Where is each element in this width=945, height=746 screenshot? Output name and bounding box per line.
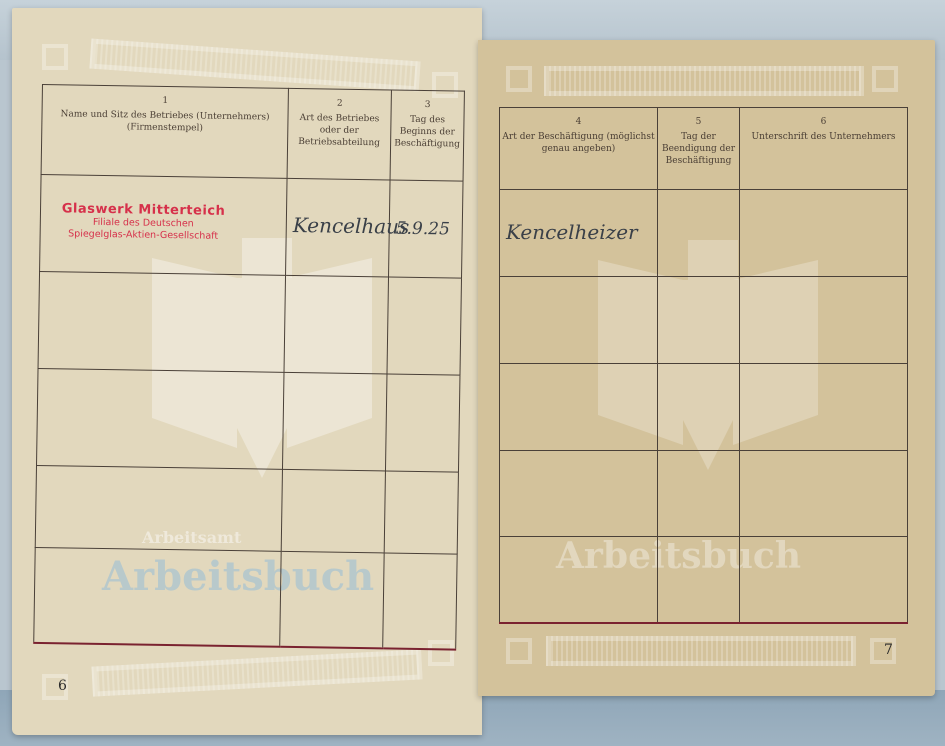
decorative-key-pattern-icon: [872, 66, 898, 92]
decorative-key-pattern-icon: [42, 44, 68, 70]
decorative-key-pattern-icon: [506, 638, 532, 664]
employment-table-right: 4Art der Beschäftigung (möglichst genau …: [499, 107, 908, 624]
unterschrift-cell: [740, 190, 908, 277]
table-row: [500, 364, 908, 451]
art-der-beschaeftigung-cell: Kencelheizer: [500, 190, 658, 277]
right-page: Arbeitsbuch 4Art der Beschäftigung (mögl…: [478, 40, 935, 696]
table-row: [500, 537, 908, 623]
decorative-border-band: [546, 636, 856, 666]
company-stamp: Glaswerk Mitterteich Filiale des Deutsch…: [1, 200, 287, 243]
column-header-3: 3Tag des Beginns der Beschäftigung: [390, 90, 464, 181]
beendigung-cell: [658, 190, 740, 277]
left-page: Arbeitsamt Arbeitsbuch 1Name und Sitz de…: [12, 8, 482, 735]
decorative-border-band: [89, 39, 420, 92]
decorative-border-band: [91, 649, 422, 696]
decorative-key-pattern-icon: [506, 66, 532, 92]
column-header-1: 1Name und Sitz des Betriebes (Unternehme…: [41, 85, 288, 179]
art-des-betriebes-cell: Kencelhaus: [286, 178, 391, 277]
table-row: [500, 451, 908, 537]
table-row: [38, 271, 461, 375]
decorative-border-band: [544, 66, 864, 96]
beginn-cell: 5.9.25: [389, 180, 464, 278]
table-row: [34, 547, 457, 649]
table-header-row: 4Art der Beschäftigung (möglichst genau …: [500, 108, 908, 190]
page-number-left: 6: [58, 678, 67, 694]
column-header-5: 5Tag der Beendigung der Beschäftigung: [658, 108, 740, 190]
table-row: [35, 465, 458, 554]
column-header-4: 4Art der Beschäftigung (möglichst genau …: [500, 108, 658, 190]
employment-table-left: 1Name und Sitz des Betriebes (Unternehme…: [33, 84, 465, 650]
table-row: Kencelheizer: [500, 190, 908, 277]
table-header-row: 1Name und Sitz des Betriebes (Unternehme…: [41, 85, 464, 182]
table-row: [37, 368, 460, 472]
column-header-2: 2Art des Betriebes oder der Betriebsabte…: [287, 88, 391, 180]
company-stamp-cell: Glaswerk Mitterteich Filiale des Deutsch…: [40, 174, 287, 275]
table-row: Glaswerk Mitterteich Filiale des Deutsch…: [40, 174, 463, 278]
column-header-6: 6Unterschrift des Unternehmers: [740, 108, 908, 190]
page-number-right: 7: [884, 642, 893, 658]
table-row: [500, 277, 908, 364]
